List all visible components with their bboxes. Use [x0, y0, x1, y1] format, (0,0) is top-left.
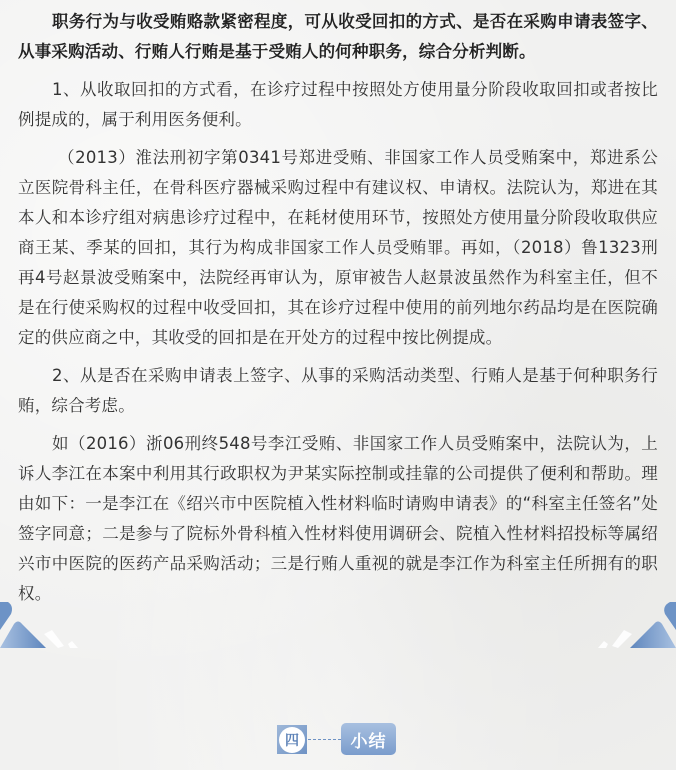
case-example-paragraph: （2013）淮法刑初字第0341号郑进受贿、非国家工作人员受贿案中，郑进系公立医… — [18, 143, 658, 353]
decorative-triangles-left — [0, 600, 110, 650]
point-2-paragraph: 2、从是否在采购申请表上签字、从事的采购活动类型、行贿人是基于何种职务行贿，综合… — [18, 361, 658, 421]
dashed-connector — [308, 739, 341, 740]
lead-paragraph: 职务行为与收受贿赂款紧密程度，可从收受回扣的方式、是否在采购申请表签字、从事采购… — [18, 7, 658, 67]
decorative-triangles-right — [566, 600, 676, 650]
case-example-paragraph-2: 如（2016）浙06刑终548号李江受贿、非国家工作人员受贿案中，法院认为，上诉… — [18, 429, 658, 609]
point-1-paragraph: 1、从收取回扣的方式看，在诊疗过程中按照处方使用量分阶段收取回扣或者按比例提成的… — [18, 75, 658, 135]
section-title: 小结 — [341, 723, 396, 755]
section-number: 四 — [279, 727, 305, 753]
section-number-badge: 四 — [277, 725, 307, 754]
article-body: 职务行为与收受贿赂款紧密程度，可从收受回扣的方式、是否在采购申请表签字、从事采购… — [18, 7, 658, 617]
section-header: 四 小结 — [276, 722, 398, 756]
